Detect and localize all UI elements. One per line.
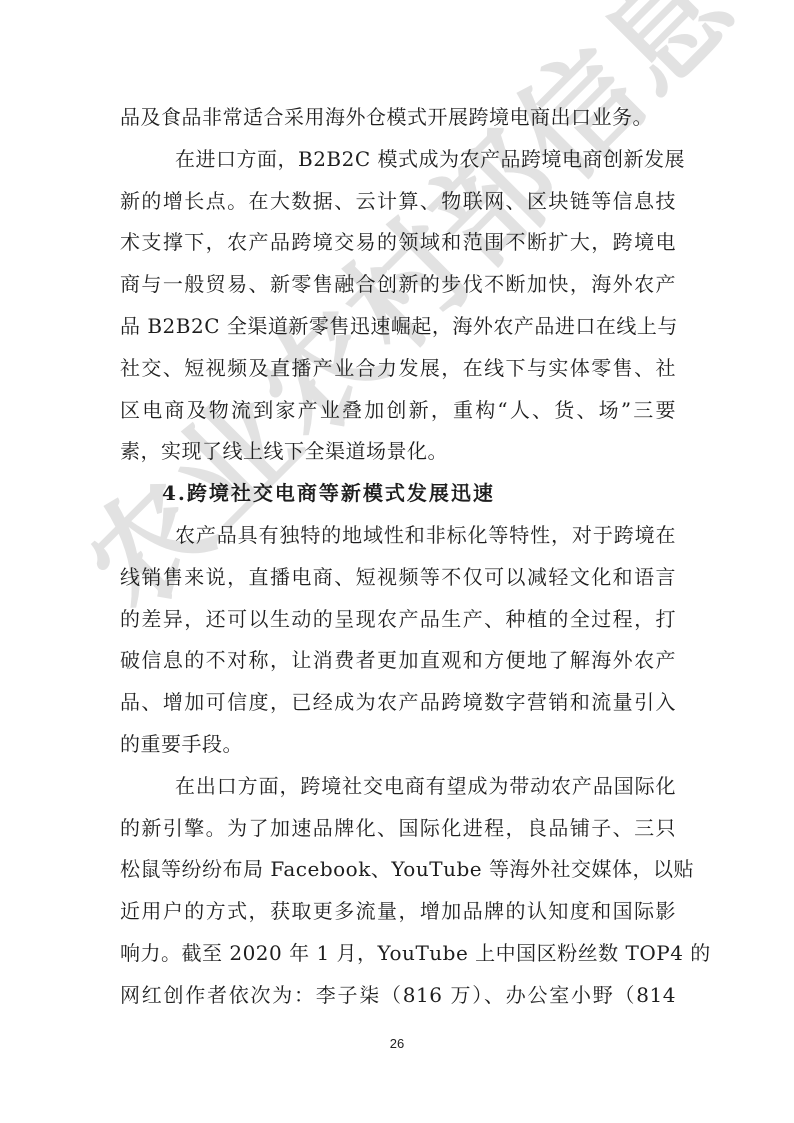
page-number: 26 xyxy=(0,1036,794,1051)
text-line: 破信息的不对称，让消费者更加直观和方便地了解海外农产 xyxy=(120,640,676,682)
text-line: 新的增长点。在大数据、云计算、物联网、区块链等信息技 xyxy=(120,181,676,223)
text-line: 的新引擎。为了加速品牌化、国际化进程，良品铺子、三只 xyxy=(120,808,676,850)
paragraph-start-line: 在进口方面，B2B2C 模式成为农产品跨境电商创新发展 xyxy=(120,139,676,181)
text-line: 区电商及物流到家产业叠加创新，重构“人、货、场”三要 xyxy=(120,390,676,432)
section-heading: 4.跨境社交电商等新模式发展迅速 xyxy=(120,473,676,515)
body-text: 品及食品非常适合采用海外仓模式开展跨境电商出口业务。 在进口方面，B2B2C 模… xyxy=(120,97,676,1017)
text-line: 线销售来说，直播电商、短视频等不仅可以减轻文化和语言 xyxy=(120,557,676,599)
text-line: 的差异，还可以生动的呈现农产品生产、种植的全过程，打 xyxy=(120,599,676,641)
text-line: 品 B2B2C 全渠道新零售迅速崛起，海外农产品进口在线上与 xyxy=(120,306,676,348)
text-line: 网红创作者依次为：李子柒（816 万）、办公室小野（814 xyxy=(120,975,676,1017)
text-line: 的重要手段。 xyxy=(120,724,676,766)
text-line: 社交、短视频及直播产业合力发展，在线下与实体零售、社 xyxy=(120,348,676,390)
document-page: 农业农村部信息中心 品及食品非常适合采用海外仓模式开展跨境电商出口业务。 在进口… xyxy=(0,0,794,1123)
text-line: 松鼠等纷纷布局 Facebook、YouTube 等海外社交媒体，以贴 xyxy=(120,849,676,891)
text-line: 素，实现了线上线下全渠道场景化。 xyxy=(120,431,676,473)
paragraph-start-line: 在出口方面，跨境社交电商有望成为带动农产品国际化 xyxy=(120,766,676,808)
text-line: 近用户的方式，获取更多流量，增加品牌的认知度和国际影 xyxy=(120,891,676,933)
text-line: 商与一般贸易、新零售融合创新的步伐不断加快，海外农产 xyxy=(120,264,676,306)
paragraph-start-line: 农产品具有独特的地域性和非标化等特性，对于跨境在 xyxy=(120,515,676,557)
text-line: 响力。截至 2020 年 1 月，YouTube 上中国区粉丝数 TOP4 的 xyxy=(120,933,676,975)
text-line: 品、增加可信度，已经成为农产品跨境数字营销和流量引入 xyxy=(120,682,676,724)
text-line: 品及食品非常适合采用海外仓模式开展跨境电商出口业务。 xyxy=(120,97,676,139)
text-line: 术支撑下，农产品跨境交易的领域和范围不断扩大，跨境电 xyxy=(120,222,676,264)
